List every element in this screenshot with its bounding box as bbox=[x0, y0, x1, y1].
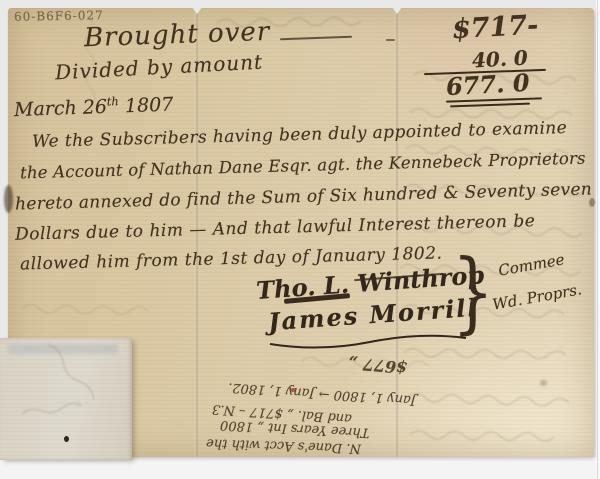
ink-dash bbox=[386, 39, 395, 41]
paper-edge-notch bbox=[192, 7, 202, 14]
date-prefix: March 26 bbox=[14, 96, 108, 121]
figure-balance: 677. 0 bbox=[445, 68, 530, 101]
bleed-through-ink bbox=[20, 297, 180, 324]
ink-dot bbox=[64, 436, 69, 442]
faint-pencil-mark bbox=[19, 395, 91, 424]
paper-edge-notch bbox=[392, 7, 402, 14]
date-year: 1807 bbox=[125, 94, 174, 118]
scanned-manuscript-page: 60-B6F6-027 Brought over Divided by amou… bbox=[0, 0, 600, 479]
signature-brace: } bbox=[452, 240, 494, 343]
date-superscript: th bbox=[107, 94, 119, 108]
smudge-spot bbox=[540, 380, 547, 386]
figure-total: $717- bbox=[451, 10, 539, 45]
attached-sheet-corner bbox=[0, 338, 132, 460]
catalog-number: 60-B6F6-027 bbox=[14, 8, 104, 24]
scan-edge-line bbox=[597, 0, 598, 479]
signature-underline-flourish bbox=[268, 334, 468, 354]
bleed-through-ink bbox=[408, 423, 578, 450]
ink-blot bbox=[4, 185, 13, 213]
scanner-bottom-margin bbox=[0, 457, 600, 479]
